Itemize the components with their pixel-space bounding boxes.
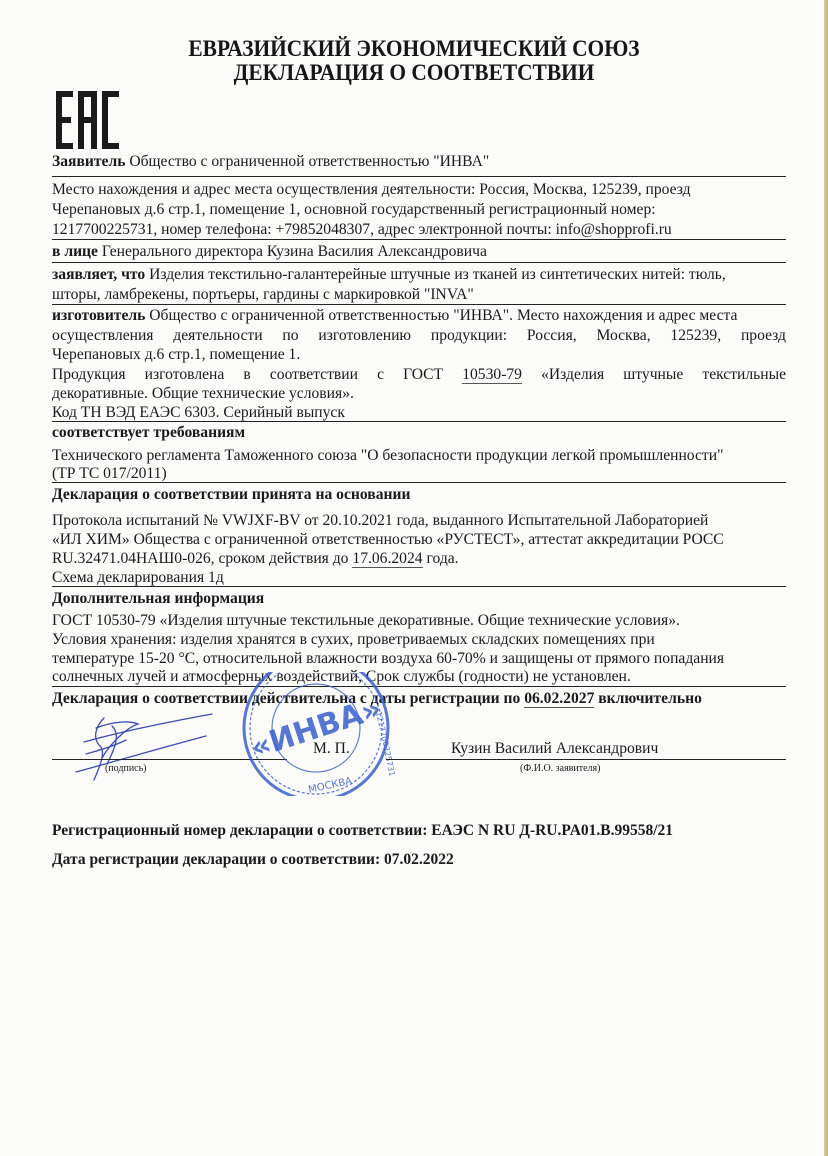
represented-label: в лице	[52, 243, 98, 260]
validity-end-date: 06.02.2027	[524, 690, 594, 708]
represented-row: в лице Генерального директора Кузина Вас…	[52, 243, 487, 261]
manufacturer-gost-row: Продукция изготовлена в соответствии с Г…	[52, 366, 786, 384]
basis-line-3b: года.	[426, 550, 458, 567]
divider	[52, 262, 786, 263]
registration-date-label: Дата регистрации декларации о соответств…	[52, 851, 380, 868]
additional-line-3: температуре 15-20 °С, относительной влаж…	[52, 650, 724, 668]
eac-logo-icon	[56, 91, 120, 149]
complies-line-1: Технического регламента Таможенного союз…	[52, 447, 723, 465]
applicant-label: Заявитель	[52, 153, 125, 170]
manufacturer-line-2: осуществления деятельности по изготовлен…	[52, 327, 786, 345]
address-line-1: Место нахождения и адрес места осуществл…	[52, 181, 691, 199]
document-title: ДЕКЛАРАЦИЯ О СООТВЕТСТВИИ	[29, 60, 799, 86]
divider	[52, 482, 786, 483]
union-title: ЕВРАЗИЙСКИЙ ЭКОНОМИЧЕСКИЙ СОЮЗ	[29, 36, 799, 62]
manufacturer-line-5: декоративные. Общие технические условия»…	[52, 385, 354, 403]
registration-date-row: Дата регистрации декларации о соответств…	[52, 851, 454, 869]
registration-number-row: Регистрационный номер декларации о соотв…	[52, 822, 673, 840]
basis-line-2: «ИЛ ХИМ» Общества с ограниченной ответст…	[52, 531, 724, 549]
divider	[52, 686, 786, 687]
registration-date-value: 07.02.2022	[384, 851, 454, 868]
complies-line-2: (ТР ТС 017/2011)	[52, 465, 167, 483]
divider	[52, 586, 786, 587]
basis-line-1: Протокола испытаний № VWJXF-BV от 20.10.…	[52, 512, 708, 530]
name-line	[386, 759, 786, 760]
manufacturer-line-4b: «Изделия штучные текстильные	[541, 366, 786, 383]
address-line-3: 1217700225731, номер телефона: +79852048…	[52, 221, 672, 239]
seal-placeholder-label: М. П.	[313, 740, 350, 758]
declares-label: заявляет, что	[52, 266, 145, 283]
declares-line-1: Изделия текстильно-галантерейные штучные…	[149, 266, 726, 283]
divider	[52, 421, 786, 422]
declares-line-2: шторы, ламбрекены, портьеры, гардины с м…	[52, 286, 474, 304]
registration-number-label: Регистрационный номер декларации о соотв…	[52, 822, 427, 839]
applicant-value: Общество с ограниченной ответственностью…	[129, 153, 489, 170]
declaration-page: ЕВРАЗИЙСКИЙ ЭКОНОМИЧЕСКИЙ СОЮЗ ДЕКЛАРАЦИ…	[0, 0, 826, 1156]
divider	[52, 239, 786, 240]
applicant-row: Заявитель Общество с ограниченной ответс…	[52, 153, 489, 171]
signature-caption: (подпись)	[105, 763, 147, 774]
basis-line-3a: RU.32471.04НАШ0-026, сроком действия до	[52, 550, 348, 567]
manufacturer-label: изготовитель	[52, 307, 145, 324]
manufacturer-line-1: Общество с ограниченной ответственностью…	[149, 307, 737, 324]
complies-label: соответствует требованиям	[52, 424, 245, 442]
applicant-full-name: Кузин Василий Александрович	[451, 740, 658, 758]
divider	[52, 176, 786, 177]
basis-line-3-row: RU.32471.04НАШ0-026, сроком действия до …	[52, 550, 459, 568]
gost-number: 10530-79	[462, 366, 522, 384]
manufacturer-line-3: Черепановых д.6 стр.1, помещение 1.	[52, 346, 300, 364]
additional-line-2: Условия хранения: изделия хранятся в сух…	[52, 631, 655, 649]
company-seal-icon: «ИНВА» МОСКВА ВЕННОСТЬЮ 1217700225731	[226, 672, 404, 796]
additional-line-1: ГОСТ 10530-79 «Изделия штучные текстильн…	[52, 612, 680, 630]
declares-row: заявляет, что Изделия текстильно-галанте…	[52, 266, 726, 284]
manufacturer-row: изготовитель Общество с ограниченной отв…	[52, 307, 737, 325]
validity-text-b: включительно	[598, 690, 702, 707]
manufacturer-line-4a: Продукция изготовлена в соответствии с Г…	[52, 366, 443, 383]
declaration-scheme: Схема декларирования 1д	[52, 569, 224, 587]
address-line-2: Черепановых д.6 стр.1, помещение 1, осно…	[52, 201, 656, 219]
accreditation-expiry-date: 17.06.2024	[352, 550, 422, 568]
divider	[52, 304, 786, 305]
registration-number-value: ЕАЭС N RU Д-RU.PA01.B.99558/21	[431, 822, 673, 839]
represented-value: Генерального директора Кузина Василия Ал…	[102, 243, 487, 260]
manufacturer-line-6: Код ТН ВЭД ЕАЭС 6303. Серийный выпуск	[52, 404, 345, 422]
name-caption: (Ф.И.О. заявителя)	[520, 763, 600, 774]
basis-label: Декларация о соответствии принята на осн…	[52, 486, 410, 504]
additional-label: Дополнительная информация	[52, 590, 264, 608]
